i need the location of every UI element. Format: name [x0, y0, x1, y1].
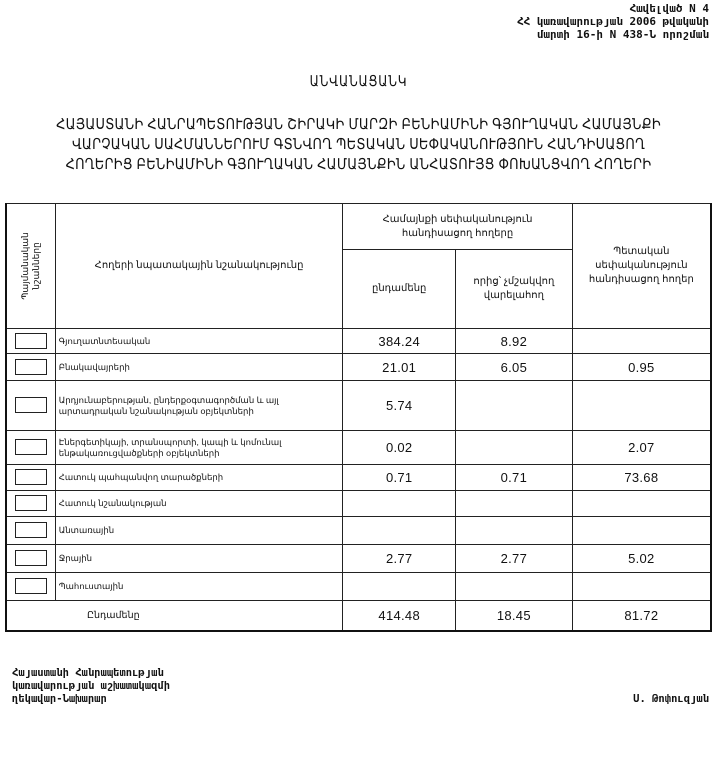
legend-symbol-box: [15, 578, 47, 594]
total-state-owned: 81.72: [572, 601, 711, 631]
land-category-name: Ջրային: [55, 545, 343, 573]
land-category-name: Հատուկ նշանակության: [55, 491, 343, 517]
total-row: Ընդամենը414.4818.4581.72: [6, 601, 711, 631]
community-total-value: [343, 491, 456, 517]
land-category-name: Գյուղատնտեսական: [55, 329, 343, 354]
land-category-name: Էներգետիկայի, տրանսպորտի, կապի և կոմունա…: [55, 431, 343, 465]
table-row: Հատուկ նշանակության: [6, 491, 711, 517]
table-row: Անտառային: [6, 517, 711, 545]
signatory-title-line: ղեկավար-Նախարար: [12, 693, 170, 706]
community-subset-value: 2.77: [456, 545, 573, 573]
table-row: Հատուկ պահպանվող տարածքների0.710.7173.68: [6, 465, 711, 491]
symbols-header-text: Պայմանական նշանները: [20, 211, 42, 321]
community-total-value: 0.02: [343, 431, 456, 465]
community-subset-value: 8.92: [456, 329, 573, 354]
total-community-subset: 18.45: [456, 601, 573, 631]
symbol-cell: [6, 545, 55, 573]
community-subset-header: որից՝ չմշակվող վարելահող: [456, 250, 573, 329]
community-total-value: [343, 517, 456, 545]
table-row: Գյուղատնտեսական384.248.92: [6, 329, 711, 354]
legend-symbol-box: [15, 550, 47, 566]
symbol-cell: [6, 517, 55, 545]
table-row: Պահուստային: [6, 573, 711, 601]
legend-symbol-box: [15, 359, 47, 375]
state-owned-value: 5.02: [572, 545, 711, 573]
symbol-cell: [6, 465, 55, 491]
land-category-name: Հատուկ պահպանվող տարածքների: [55, 465, 343, 491]
legend-symbol-box: [15, 397, 47, 413]
signatory-title: Հայաստանի Հանրապետության կառավարության ա…: [12, 667, 170, 706]
community-total-value: 2.77: [343, 545, 456, 573]
community-subset-value: 6.05: [456, 354, 573, 381]
state-owned-value: 2.07: [572, 431, 711, 465]
community-subset-value: [456, 431, 573, 465]
title-line: ՀՈՂԵՐԻՑ ԲԵՆԻԱՄԻՆԻ ԳՅՈՒՂԱԿԱՆ ՀԱՄԱՅՆՔԻՆ ԱՆ…: [50, 155, 667, 175]
symbols-header: Պայմանական նշանները: [6, 204, 55, 329]
symbol-cell: [6, 354, 55, 381]
community-total-value: 0.71: [343, 465, 456, 491]
state-land-header: Պետական սեփականություն հանդիսացող հողեր: [572, 204, 711, 329]
community-total-value: [343, 573, 456, 601]
signatory-title-line: Հայաստանի Հանրապետության: [12, 667, 170, 680]
land-table: Պայմանական նշանները Հողերի նպատակային նշ…: [5, 203, 712, 632]
state-owned-value: [572, 329, 711, 354]
land-category-name: Անտառային: [55, 517, 343, 545]
state-owned-value: [572, 491, 711, 517]
community-subset-value: [456, 491, 573, 517]
land-category-name: Պահուստային: [55, 573, 343, 601]
legend-symbol-box: [15, 495, 47, 511]
symbol-cell: [6, 329, 55, 354]
symbol-cell: [6, 491, 55, 517]
community-total-value: 21.01: [343, 354, 456, 381]
community-subset-value: [456, 381, 573, 431]
symbol-cell: [6, 381, 55, 431]
legend-symbol-box: [15, 333, 47, 349]
table-row: Էներգետիկայի, տրանսպորտի, կապի և կոմունա…: [6, 431, 711, 465]
state-owned-value: [572, 573, 711, 601]
community-subset-value: [456, 517, 573, 545]
land-category-name: Արդյունաբերության, ընդերքօգտագործման և ա…: [55, 381, 343, 431]
state-owned-value: 73.68: [572, 465, 711, 491]
community-total-value: 384.24: [343, 329, 456, 354]
title-line: ՎԱՐՉԱԿԱՆ ՍԱՀՄԱՆՆԵՐՈՒՄ ԳՏՆՎՈՂ ՊԵՏԱԿԱՆ ՍԵՓ…: [50, 135, 667, 155]
annex-line: ՀՀ կառավարության 2006 թվականի: [517, 15, 709, 28]
document-title: ՀԱՅԱՍՏԱՆԻ ՀԱՆՐԱՊԵՏՈՒԹՅԱՆ ՇԻՐԱԿԻ ՄԱՐԶԻ ԲԵ…: [0, 115, 717, 175]
annex-reference: Հավելված N 4 ՀՀ կառավարության 2006 թվակա…: [517, 2, 709, 41]
annex-line: Հավելված N 4: [517, 2, 709, 15]
signatory-name: Ս. Թոփուզյան: [633, 693, 709, 705]
table-row: Արդյունաբերության, ընդերքօգտագործման և ա…: [6, 381, 711, 431]
total-community: 414.48: [343, 601, 456, 631]
state-owned-value: [572, 381, 711, 431]
community-total-header: ընդամենը: [343, 250, 456, 329]
land-purpose-header: Հողերի նպատակային նշանակությունը: [55, 204, 343, 329]
annex-line: մարտի 16-ի N 438-Ն որոշման: [517, 28, 709, 41]
legend-symbol-box: [15, 522, 47, 538]
community-total-value: 5.74: [343, 381, 456, 431]
title-line: ՀԱՅԱՍՏԱՆԻ ՀԱՆՐԱՊԵՏՈՒԹՅԱՆ ՇԻՐԱԿԻ ՄԱՐԶԻ ԲԵ…: [50, 115, 667, 135]
symbol-cell: [6, 431, 55, 465]
symbol-cell: [6, 573, 55, 601]
land-category-name: Բնակավայրերի: [55, 354, 343, 381]
signatory-title-line: կառավարության աշխատակազմի: [12, 680, 170, 693]
table-row: Բնակավայրերի21.016.050.95: [6, 354, 711, 381]
community-subset-value: 0.71: [456, 465, 573, 491]
document-heading: ԱՆՎԱՆԱՑԱՆԿ: [72, 72, 646, 90]
total-label: Ընդամենը: [6, 601, 343, 631]
state-owned-value: 0.95: [572, 354, 711, 381]
community-subset-value: [456, 573, 573, 601]
community-land-header: Համայնքի սեփականություն հանդիսացող հողեր…: [343, 204, 572, 250]
legend-symbol-box: [15, 439, 47, 455]
state-owned-value: [572, 517, 711, 545]
legend-symbol-box: [15, 469, 47, 485]
table-row: Ջրային2.772.775.02: [6, 545, 711, 573]
